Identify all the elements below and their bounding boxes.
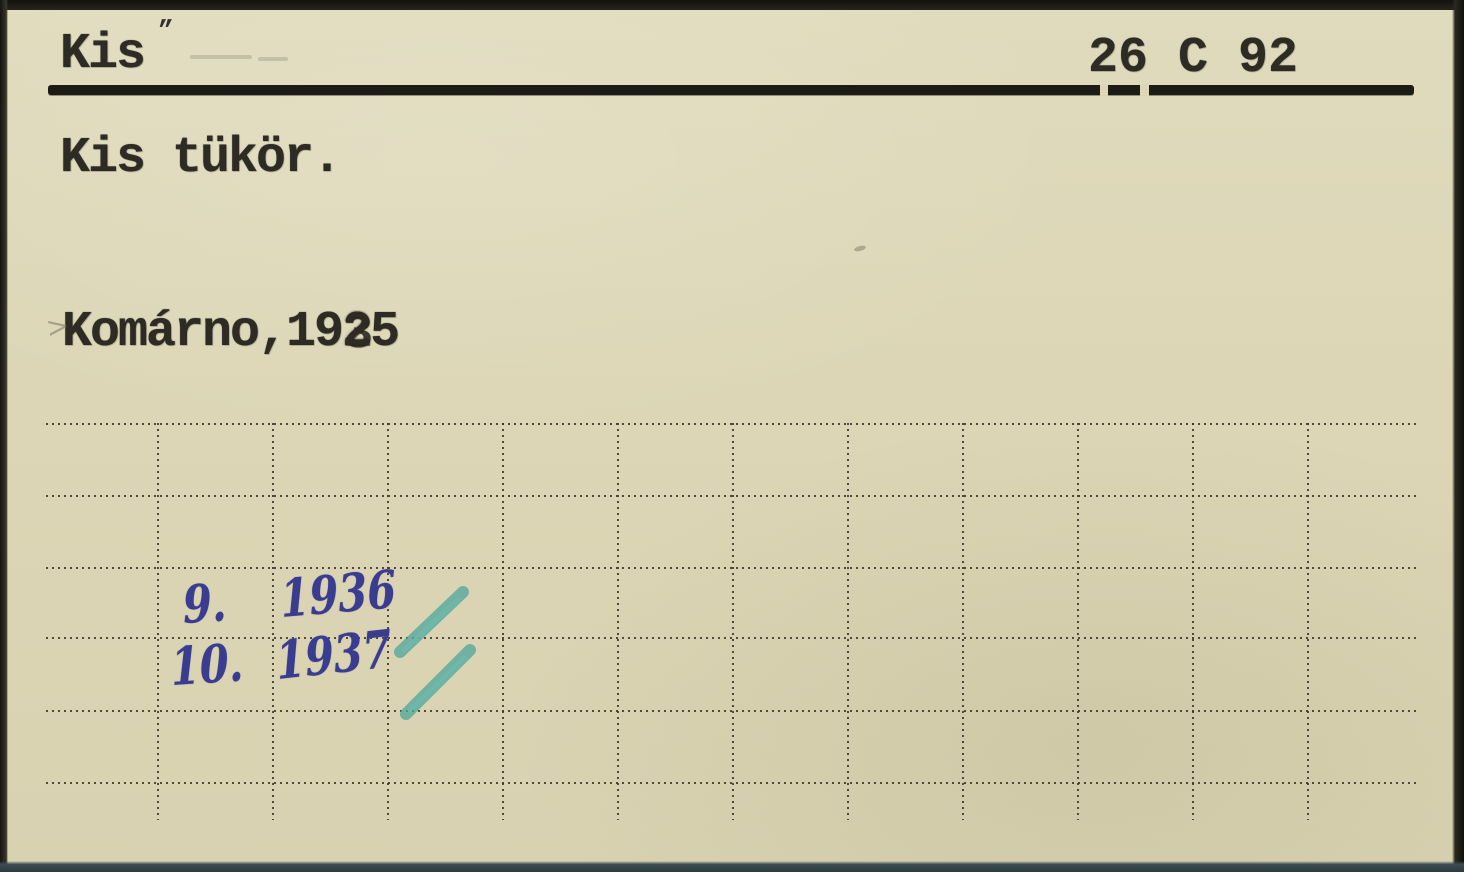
checkmark-slash — [406, 650, 470, 714]
header-rule — [48, 85, 1414, 95]
catalog-card: Kis ” 26 C 92 Kis tükör. Komárno,19325 >… — [0, 0, 1464, 872]
grid-line-vertical — [732, 423, 734, 820]
scan-edge-bottom — [0, 861, 1464, 872]
grid-line-vertical — [502, 423, 504, 820]
grid-line-vertical — [1077, 423, 1079, 820]
grid-line-vertical — [1192, 423, 1194, 820]
card-title: Kis tükör. — [60, 134, 340, 184]
grid-line-vertical — [1307, 423, 1309, 820]
pencil-mark: > — [44, 309, 72, 345]
scan-edge-top — [0, 0, 1464, 10]
grid-line-vertical — [847, 423, 849, 820]
rule-gap — [1140, 84, 1149, 96]
call-number: 26 C 92 — [1088, 34, 1298, 84]
scan-edge-right — [1452, 0, 1464, 872]
entry-number: 10. — [170, 637, 244, 694]
entry-year: 1936 — [279, 564, 397, 626]
imprint-prefix: Komárno,19 — [62, 304, 342, 361]
overstruck-digit: 32 — [342, 308, 370, 358]
imprint-line: Komárno,19325 — [62, 308, 398, 358]
grid-line-vertical — [157, 423, 159, 820]
scan-edge-left — [0, 0, 8, 872]
checkmark-slash-highlight — [404, 600, 458, 650]
ink-speck — [854, 245, 867, 253]
ghost-dash — [258, 57, 288, 61]
ghost-dash — [190, 55, 252, 59]
grid-line-vertical — [617, 423, 619, 820]
entry-number: 9. — [182, 577, 228, 632]
checkmark-slash-highlight — [410, 658, 464, 710]
grid-line-vertical — [962, 423, 964, 820]
overstrike-top-digit: 2 — [342, 304, 370, 361]
heading-author: Kis — [60, 30, 144, 80]
grid-line-vertical — [272, 423, 274, 820]
imprint-suffix: 5 — [370, 304, 398, 361]
checkmark-slash — [400, 592, 463, 652]
entry-year: 1937 — [274, 624, 393, 688]
rule-gap — [1100, 84, 1108, 96]
stray-ink-mark: ” — [158, 16, 174, 46]
